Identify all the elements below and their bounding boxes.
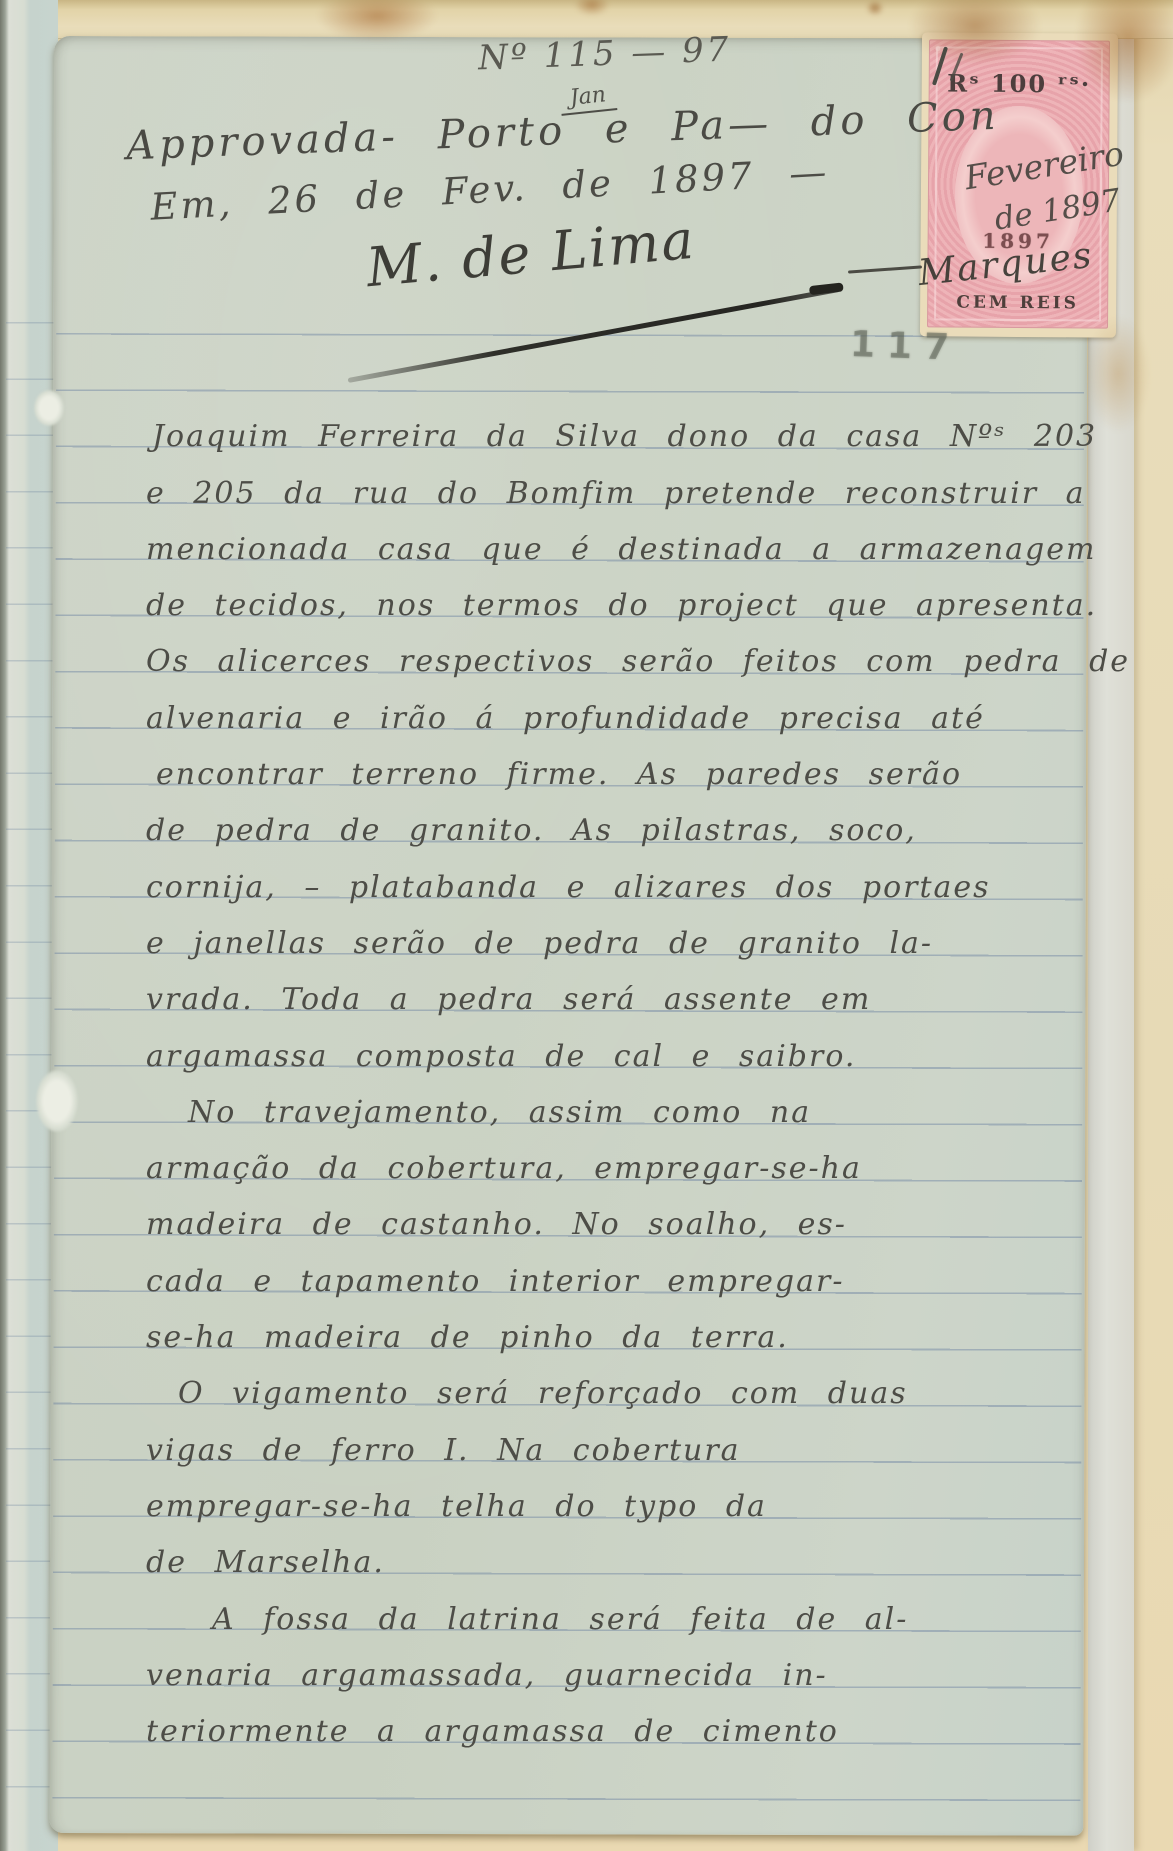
ink-stroke [848,265,922,273]
handwritten-line: Os alicerces respectivos serão feitos co… [146,615,1098,671]
document-number: Nº 115 — 97 [477,30,732,79]
handwritten-line: A fossa da latrina será feita de al- [146,1572,1098,1628]
approver-signature: M. de Lima [364,208,698,300]
handwritten-line: encontrar terreno firme. As paredes serã… [146,728,1098,784]
handwritten-line: venaria argamassada, guarnecida in- [146,1629,1098,1685]
handwritten-line: cada e tapamento interior empregar- [146,1234,1098,1290]
ink-stroke [949,53,963,82]
handwritten-line: de Marselha. [146,1516,1098,1572]
handwritten-line: teriormente a argamassa de cimento [146,1685,1098,1741]
handwritten-line: e janellas serão de pedra de granito la- [146,897,1098,953]
file-number-stamp: 117 [849,324,962,369]
ink-stroke [932,46,948,85]
handwritten-line: argamassa composta de cal e saibro. [146,1009,1098,1065]
handwritten-line: vrada. Toda a pedra será assente em [146,953,1098,1009]
handwritten-line: de tecidos, nos termos do project que ap… [146,559,1098,615]
handwritten-line: alvenaria e irão á profundidade precisa … [146,671,1098,727]
stamp-overlay-signature: Marques [916,235,1095,294]
handwritten-line: de pedra de granito. As pilastras, soco, [146,784,1098,840]
handwritten-line: No travejamento, assim como na [146,1066,1098,1122]
signature-flourish-stroke [348,287,841,383]
scanned-document-page: { "doc": { "header": { "number": "Nº 115… [0,0,1173,1851]
handwritten-line: e 205 da rua do Bomfim pretende reconstr… [146,446,1098,502]
handwritten-line: cornija, – platabanda e alizares dos por… [146,840,1098,896]
handwritten-line: empregar-se-ha telha do typo da [146,1460,1098,1516]
handwritten-line: Joaquim Ferreira da Silva dono da casa N… [146,390,1098,446]
handwriting-layer: Nº 115 — 97 Jan Approvada- Porto e Pa— d… [0,0,1173,1851]
handwritten-line: vigas de ferro I. Na cobertura [146,1403,1098,1459]
body-text: Joaquim Ferreira da Silva dono da casa N… [146,390,1098,1741]
stamp-overlay-year: de 1897 [992,182,1123,237]
handwritten-line: armação da cobertura, empregar-se-ha [146,1122,1098,1178]
handwritten-line: mencionada casa que é destinada a armaze… [146,503,1098,559]
handwritten-line: madeira de castanho. No soalho, es- [146,1178,1098,1234]
handwritten-line: se-ha madeira de pinho da terra. [146,1291,1098,1347]
handwritten-line: O vigamento será reforçado com duas [146,1347,1098,1403]
